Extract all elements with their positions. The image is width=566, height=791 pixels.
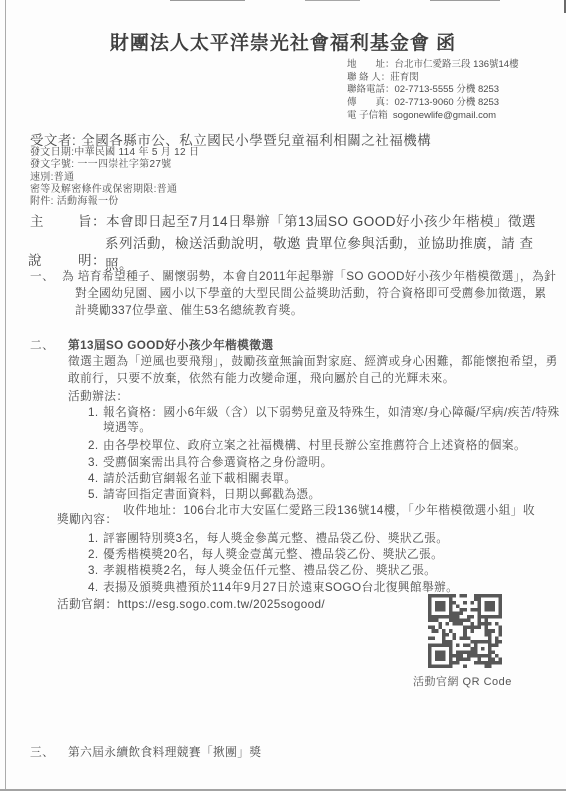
award-item-text: 優秀楷模獎20名，每人獎金壹萬元整、禮品袋乙份、獎狀乙張。 [103, 547, 559, 562]
letter-title: 財團法人太平洋崇光社會福利基金會 函 [0, 28, 566, 55]
method-item: 4. 請於活動官網報名並下載相關表單。 [88, 471, 560, 486]
method-list: 1. 報名資格：國小6年級（含）以下弱勢兒童及特殊生，如清寒/身心障礙/罕病/疾… [88, 405, 560, 518]
website-line: 活動官網：https://esg.sogo.com.tw/2025sogood/ [57, 596, 325, 612]
scan-edge-left [5, 0, 6, 791]
section-2-title: 第13屆SO GOOD好小孩少年楷模徵選 [68, 337, 550, 354]
section-3: 三、 第六屆永續飲食料理競賽「揪團」獎 [30, 744, 550, 761]
contact-person-label: 聯 絡 人： [347, 72, 390, 83]
contact-fax-label: 傳 真： [347, 97, 395, 108]
contact-phone-value: 02-7713-5555 分機 8253 [395, 84, 500, 95]
method-item-number: 2. [88, 438, 103, 453]
scan-artifact-top [430, 0, 500, 1]
method-item-number: 1. [88, 405, 103, 435]
award-item-number: 2. [88, 547, 103, 562]
recipient-label: 受文者: [30, 133, 76, 148]
meta-line-number: 發文字號: 一一四崇社字第27號 [30, 159, 199, 171]
method-item: 3. 受薦個案需出具符合參選資格之身份證明。 [88, 455, 560, 470]
award-item-text: 表揚及頒獎典禮預於114年9月27日於遠東SOGO台北復興館舉辦。 [103, 580, 559, 595]
method-item-text: 由各學校單位、政府立案之社福機構、村里長辦公室推薦符合上述資格的個案。 [103, 438, 560, 453]
award-item: 1. 評審團特別獎3名，每人獎金參萬元整、禮品袋乙份、獎狀乙張。 [88, 531, 559, 546]
section-2-marker: 二、 [30, 337, 54, 354]
award-item-number: 4. [88, 580, 103, 595]
award-title: 獎勵內容： [57, 512, 559, 527]
award-block: 獎勵內容： 1. 評審團特別獎3名，每人獎金參萬元整、禮品袋乙份、獎狀乙張。 2… [57, 512, 559, 596]
qr-block: 活動官網 QR Code [413, 594, 533, 689]
contact-row-email: 電 子信箱 sogonewlife@gmail.com [347, 110, 519, 123]
contact-row-address: 地 址：台北市仁愛路三段 136號14樓 [347, 59, 519, 72]
method-item-text: 報名資格：國小6年級（含）以下弱勢兒童及特殊生，如清寒/身心障礙/罕病/疾苦/特… [103, 405, 560, 435]
award-item-text: 評審團特別獎3名，每人獎金參萬元整、禮品袋乙份、獎狀乙張。 [103, 531, 559, 546]
section-2-intro: 徵選主題為「逆風也要飛翔」，鼓勵孩童無論面對家庭、經濟或身心困難，都能懷抱希望，… [68, 353, 560, 387]
website-label: 活動官網： [57, 598, 117, 611]
award-list: 1. 評審團特別獎3名，每人獎金參萬元整、禮品袋乙份、獎狀乙張。 2. 優秀楷模… [88, 531, 559, 595]
section-2-heading: 二、 第13屆SO GOOD好小孩少年楷模徵選 [30, 337, 550, 354]
method-item-number: 4. [88, 471, 103, 486]
method-item-text: 請於活動官網報名並下載相關表單。 [103, 471, 560, 486]
contact-email-label: 電 子信箱 [347, 110, 393, 121]
contact-row-person: 聯 絡 人：莊育閔 [347, 72, 519, 85]
section-1: 一、 為 培育希望種子、關懷弱勢，本會自2011年起舉辦「SO GOOD好小孩少… [30, 268, 558, 319]
contact-fax-value: 02-7713-9060 分機 8253 [395, 97, 500, 108]
qr-caption: 活動官網 QR Code [413, 673, 533, 689]
contact-phone-label: 聯絡電話： [347, 84, 395, 95]
method-item: 1. 報名資格：國小6年級（含）以下弱勢兒童及特殊生，如清寒/身心障礙/罕病/疾… [88, 405, 560, 435]
award-item-number: 3. [88, 563, 103, 578]
award-item: 4. 表揚及頒獎典禮預於114年9月27日於遠東SOGO台北復興館舉辦。 [88, 580, 559, 595]
section-3-marker: 三、 [30, 744, 54, 761]
award-item: 2. 優秀楷模獎20名，每人獎金壹萬元整、禮品袋乙份、獎狀乙張。 [88, 547, 559, 562]
contact-row-fax: 傳 真：02-7713-9060 分機 8253 [347, 97, 519, 110]
website-url: https://esg.sogo.com.tw/2025sogood/ [117, 598, 325, 611]
method-item: 5. 請寄回指定書面資料，日期以郵戳為憑。 [88, 487, 560, 502]
scan-artifact-top [170, 0, 245, 1]
meta-line-speed: 速別:普通 [30, 172, 199, 184]
section-1-marker: 一、 [30, 268, 54, 285]
contact-email-value: sogonewlife@gmail.com [393, 110, 496, 121]
method-item-number: 5. [88, 487, 103, 502]
scanned-letter-page: 財團法人太平洋崇光社會福利基金會 函 地 址：台北市仁愛路三段 136號14樓 … [0, 0, 566, 791]
recipient-value: 全國各縣市公、私立國民小學暨兒童福利相關之社福機構 [81, 133, 431, 148]
contact-row-phone: 聯絡電話：02-7713-5555 分機 8253 [347, 84, 519, 97]
meta-block: 發文日期:中華民國 114 年 5 月 12 日 發文字號: 一一四崇社字第27… [30, 147, 199, 208]
qr-code [428, 594, 502, 668]
method-item-number: 3. [88, 455, 103, 470]
award-item-number: 1. [88, 531, 103, 546]
meta-line-attachment: 附件: 活動海報一份 [30, 196, 199, 208]
subject-label: 主 [30, 211, 44, 233]
method-item: 2. 由各學校單位、政府立案之社福機構、村里長辦公室推薦符合上述資格的個案。 [88, 438, 560, 453]
section-2-body: 徵選主題為「逆風也要飛翔」，鼓勵孩童無論面對家庭、經濟或身心困難，都能懷抱希望，… [68, 353, 560, 518]
award-item-text: 孝親楷模獎2名，每人獎金伍仟元整、禮品袋乙份、獎狀乙張。 [103, 563, 559, 578]
section-1-text: 為 培育希望種子、關懷弱勢，本會自2011年起舉辦「SO GOOD好小孩少年楷模… [62, 268, 558, 319]
section-3-title: 第六屆永續飲食料理競賽「揪團」獎 [68, 744, 550, 761]
award-item: 3. 孝親楷模獎2名，每人獎金伍仟元整、禮品袋乙份、獎狀乙張。 [88, 563, 559, 578]
contact-address-value: 台北市仁愛路三段 136號14樓 [395, 59, 519, 70]
method-item-text: 受薦個案需出具符合參選資格之身份證明。 [103, 455, 560, 470]
contact-person-value: 莊育閔 [390, 72, 419, 83]
contact-block: 地 址：台北市仁愛路三段 136號14樓 聯 絡 人：莊育閔 聯絡電話：02-7… [347, 59, 519, 123]
method-title: 活動辦法： [68, 389, 560, 404]
recipient-line: 受文者:全國各縣市公、私立國民小學暨兒童福利相關之社福機構 [30, 129, 431, 149]
method-item-text: 請寄回指定書面資料，日期以郵戳為憑。 [103, 487, 560, 502]
meta-line-security: 密等及解密條件或保密期限:普通 [30, 184, 199, 196]
contact-address-label: 地 址： [347, 59, 395, 70]
scan-artifact-top [305, 0, 360, 1]
meta-line-date: 發文日期:中華民國 114 年 5 月 12 日 [30, 147, 199, 159]
